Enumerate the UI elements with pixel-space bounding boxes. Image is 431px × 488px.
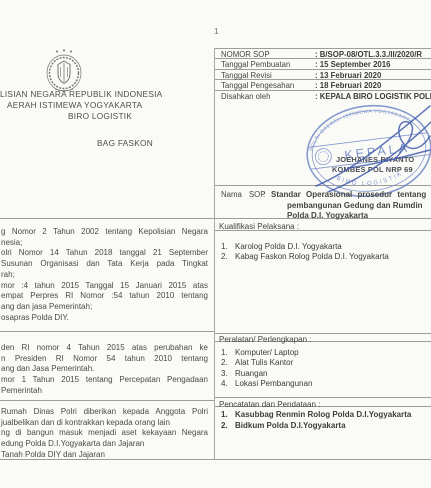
item-number: 2.: [221, 252, 235, 261]
item-number: 1.: [221, 410, 235, 419]
polri-emblem-icon: [41, 48, 87, 94]
table-border: [214, 397, 431, 398]
org-region-line: AERAH ISTIMEWA YOGYAKARTA: [7, 100, 142, 110]
legal-basis-line: empat Perpres RI Nomor :54 tahun 2010 te…: [1, 291, 208, 302]
item-text: Lokasi Pembangunan: [235, 379, 312, 388]
notes-block: Rumah Dinas Polri diberikan kepada Anggo…: [1, 407, 208, 461]
item-number: 1.: [221, 348, 235, 357]
regulation-block: den RI nomor 4 Tahun 2015 atas perubahan…: [1, 343, 208, 397]
item-number: 1.: [221, 242, 235, 251]
org-unit-label: BAG FASKON: [97, 138, 153, 148]
pencatatan-item: 1.Kasubbag Renmin Rolog Polda D.I.Yogyak…: [221, 410, 411, 419]
legal-basis-line: nesia;: [1, 238, 208, 249]
legal-basis-line: g Nomor 2 Tahun 2002 tentang Kepolisian …: [1, 227, 208, 238]
pencatatan-item: 2.Bidkum Polda D.I.Yogyakarta: [221, 421, 346, 430]
legal-basis-line: Susunan Organisasi dan Tata Kerja pada T…: [1, 259, 208, 270]
notes-line: jualbelikan dan di kontrakkan kepada ora…: [1, 418, 208, 429]
item-text: Bidkum Polda D.I.Yogyakarta: [235, 421, 346, 430]
regulation-line: den RI nomor 4 Tahun 2015 atas perubahan…: [1, 343, 208, 354]
item-text: Karolog Polda D.I. Yogyakarta: [235, 242, 342, 251]
regulation-line: mor 1 Tahun 2015 tentang Percepatan Peng…: [1, 375, 208, 386]
item-text: Ruangan: [235, 369, 267, 378]
info-label-nomor-sop: NOMOR SOP: [221, 50, 270, 59]
item-number: 4.: [221, 379, 235, 388]
notes-line: Rumah Dinas Polri diberikan kepada Anggo…: [1, 407, 208, 418]
legal-basis-line: ang dan jasa Pemerintah;: [1, 302, 208, 313]
legal-basis-line: mor :4 tahun 2015 Tanggal 15 Januari 201…: [1, 281, 208, 292]
item-number: 3.: [221, 369, 235, 378]
item-number: 2.: [221, 421, 235, 430]
org-bureau-line: BIRO LOGISTIK: [68, 111, 132, 121]
section-title-pencatatan: Pencatatan dan Pendataan :: [219, 400, 320, 409]
item-text: Komputer/ Laptop: [235, 348, 299, 357]
nama-sop-label: Nama SOP: [221, 190, 265, 199]
nama-sop-line: pembangunan Gedung dan Rumdin: [287, 201, 423, 210]
info-value-tanggal-pembuatan: : 15 September 2016: [315, 60, 390, 69]
legal-basis-block: g Nomor 2 Tahun 2002 tentang Kepolisian …: [1, 227, 208, 323]
info-label-tanggal-revisi: Tanggal Revisi: [221, 71, 272, 80]
document-page: 1 LISIAN NEGARA REPUBLIK INDONESIA AERAH…: [0, 0, 431, 488]
page-number: 1: [214, 26, 219, 36]
item-text: Kabag Faskon Rolog Polda D.I. Yogyakarta: [235, 252, 389, 261]
table-border: [0, 400, 214, 401]
table-divider: [214, 48, 215, 459]
info-value-tanggal-pengesahan: : 18 Februari 2020: [315, 81, 381, 90]
peralatan-item: 3.Ruangan: [221, 369, 267, 378]
regulation-line: ang dan Jasa Pemerintah.: [1, 364, 208, 375]
section-title-peralatan: Peralatan/ Perlengkapan :: [219, 335, 312, 344]
nama-sop-colon: :: [263, 190, 265, 199]
table-border: [0, 331, 214, 332]
notes-line: ng di bangun masuk menjadi aset kekayaan…: [1, 428, 208, 439]
section-title-kualifikasi: Kualifikasi Pelaksana :: [219, 222, 299, 231]
kualifikasi-item: 2.Kabag Faskon Rolog Polda D.I. Yogyakar…: [221, 252, 389, 261]
notes-line: Tanah Polda DIY dan Jajaran: [1, 450, 208, 461]
peralatan-item: 4.Lokasi Pembangunan: [221, 379, 312, 388]
nama-sop-line: Polda D.I. Yogyakarta: [287, 211, 368, 220]
nama-sop-line: Standar Operasional prosedur tentang: [271, 190, 426, 199]
regulation-line: n Presiden RI Nomor 54 tahun 2010 tentan…: [1, 354, 208, 365]
peralatan-item: 2.Alat Tulis Kantor: [221, 358, 293, 367]
item-text: Alat Tulis Kantor: [235, 358, 293, 367]
info-value-tanggal-revisi: : 13 Februari 2020: [315, 71, 381, 80]
notes-line: edung Polda D.I.Yogyakarta dan Jajaran: [1, 439, 208, 450]
info-label-disahkan-oleh: Disahkan oleh: [221, 92, 270, 101]
org-name-line: LISIAN NEGARA REPUBLIK INDONESIA: [0, 89, 162, 99]
peralatan-item: 1.Komputer/ Laptop: [221, 348, 299, 357]
legal-basis-line: olri Nomor 14 Tahun 2018 tanggal 21 Sept…: [1, 248, 208, 259]
legal-basis-line: osapras Polda DIY.: [1, 313, 208, 324]
signature-icon: [302, 102, 431, 198]
item-text: Kasubbag Renmin Rolog Polda D.I.Yogyakar…: [235, 410, 411, 419]
regulation-line: Pemerintah: [1, 386, 208, 397]
info-label-tanggal-pembuatan: Tanggal Pembuatan: [221, 60, 290, 69]
item-number: 2.: [221, 358, 235, 367]
kualifikasi-item: 1.Karolog Polda D.I. Yogyakarta: [221, 242, 342, 251]
info-value-nomor-sop: : B/SOP-08/OTL.3.3./II/2020/R: [315, 50, 422, 59]
legal-basis-line: rah;: [1, 270, 208, 281]
info-label-tanggal-pengesahan: Tanggal Pengesahan: [221, 81, 294, 90]
